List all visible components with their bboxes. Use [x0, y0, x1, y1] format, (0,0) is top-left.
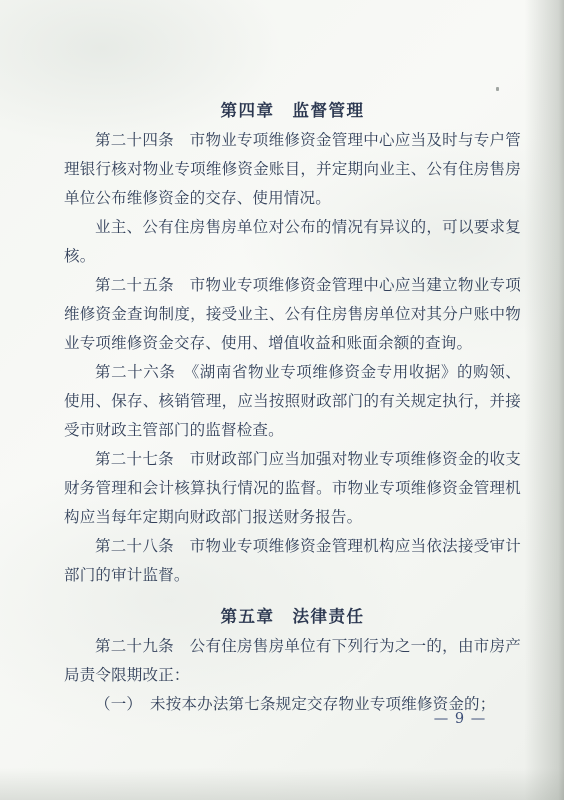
document-body: 第四章 监督管理 第二十四条 市物业专项维修资金管理中心应当及时与专户管理银行核…	[64, 96, 521, 719]
article-27-paragraph: 第二十七条 市财政部门应当加强对物业专项维修资金的收支财务管理和会计核算执行情况…	[64, 445, 521, 532]
scan-speck	[496, 87, 499, 91]
chapter-5-heading: 第五章 法律责任	[64, 602, 521, 632]
article-29-paragraph: 第二十九条 公有住房售房单位有下列行为之一的，由市房产局责令限期改正：	[64, 632, 521, 690]
page-number: — 9 —	[424, 711, 496, 727]
article-24-paragraph: 第二十四条 市物业专项维修资金管理中心应当及时与专户管理银行核对物业专项维修资金…	[64, 126, 521, 213]
article-26-paragraph: 第二十六条 《湖南省物业专项维修资金专用收据》的购领、使用、保存、核销管理，应当…	[64, 358, 521, 445]
chapter-4-heading: 第四章 监督管理	[64, 96, 521, 126]
article-24-supplement-paragraph: 业主、公有住房售房单位对公布的情况有异议的，可以要求复核。	[64, 213, 521, 271]
article-28-paragraph: 第二十八条 市物业专项维修资金管理机构应当依法接受审计部门的审计监督。	[64, 532, 521, 590]
article-25-paragraph: 第二十五条 市物业专项维修资金管理中心应当建立物业专项维修资金查询制度，接受业主…	[64, 271, 521, 358]
scanned-document-page: 第四章 监督管理 第二十四条 市物业专项维修资金管理中心应当及时与专户管理银行核…	[0, 0, 564, 800]
